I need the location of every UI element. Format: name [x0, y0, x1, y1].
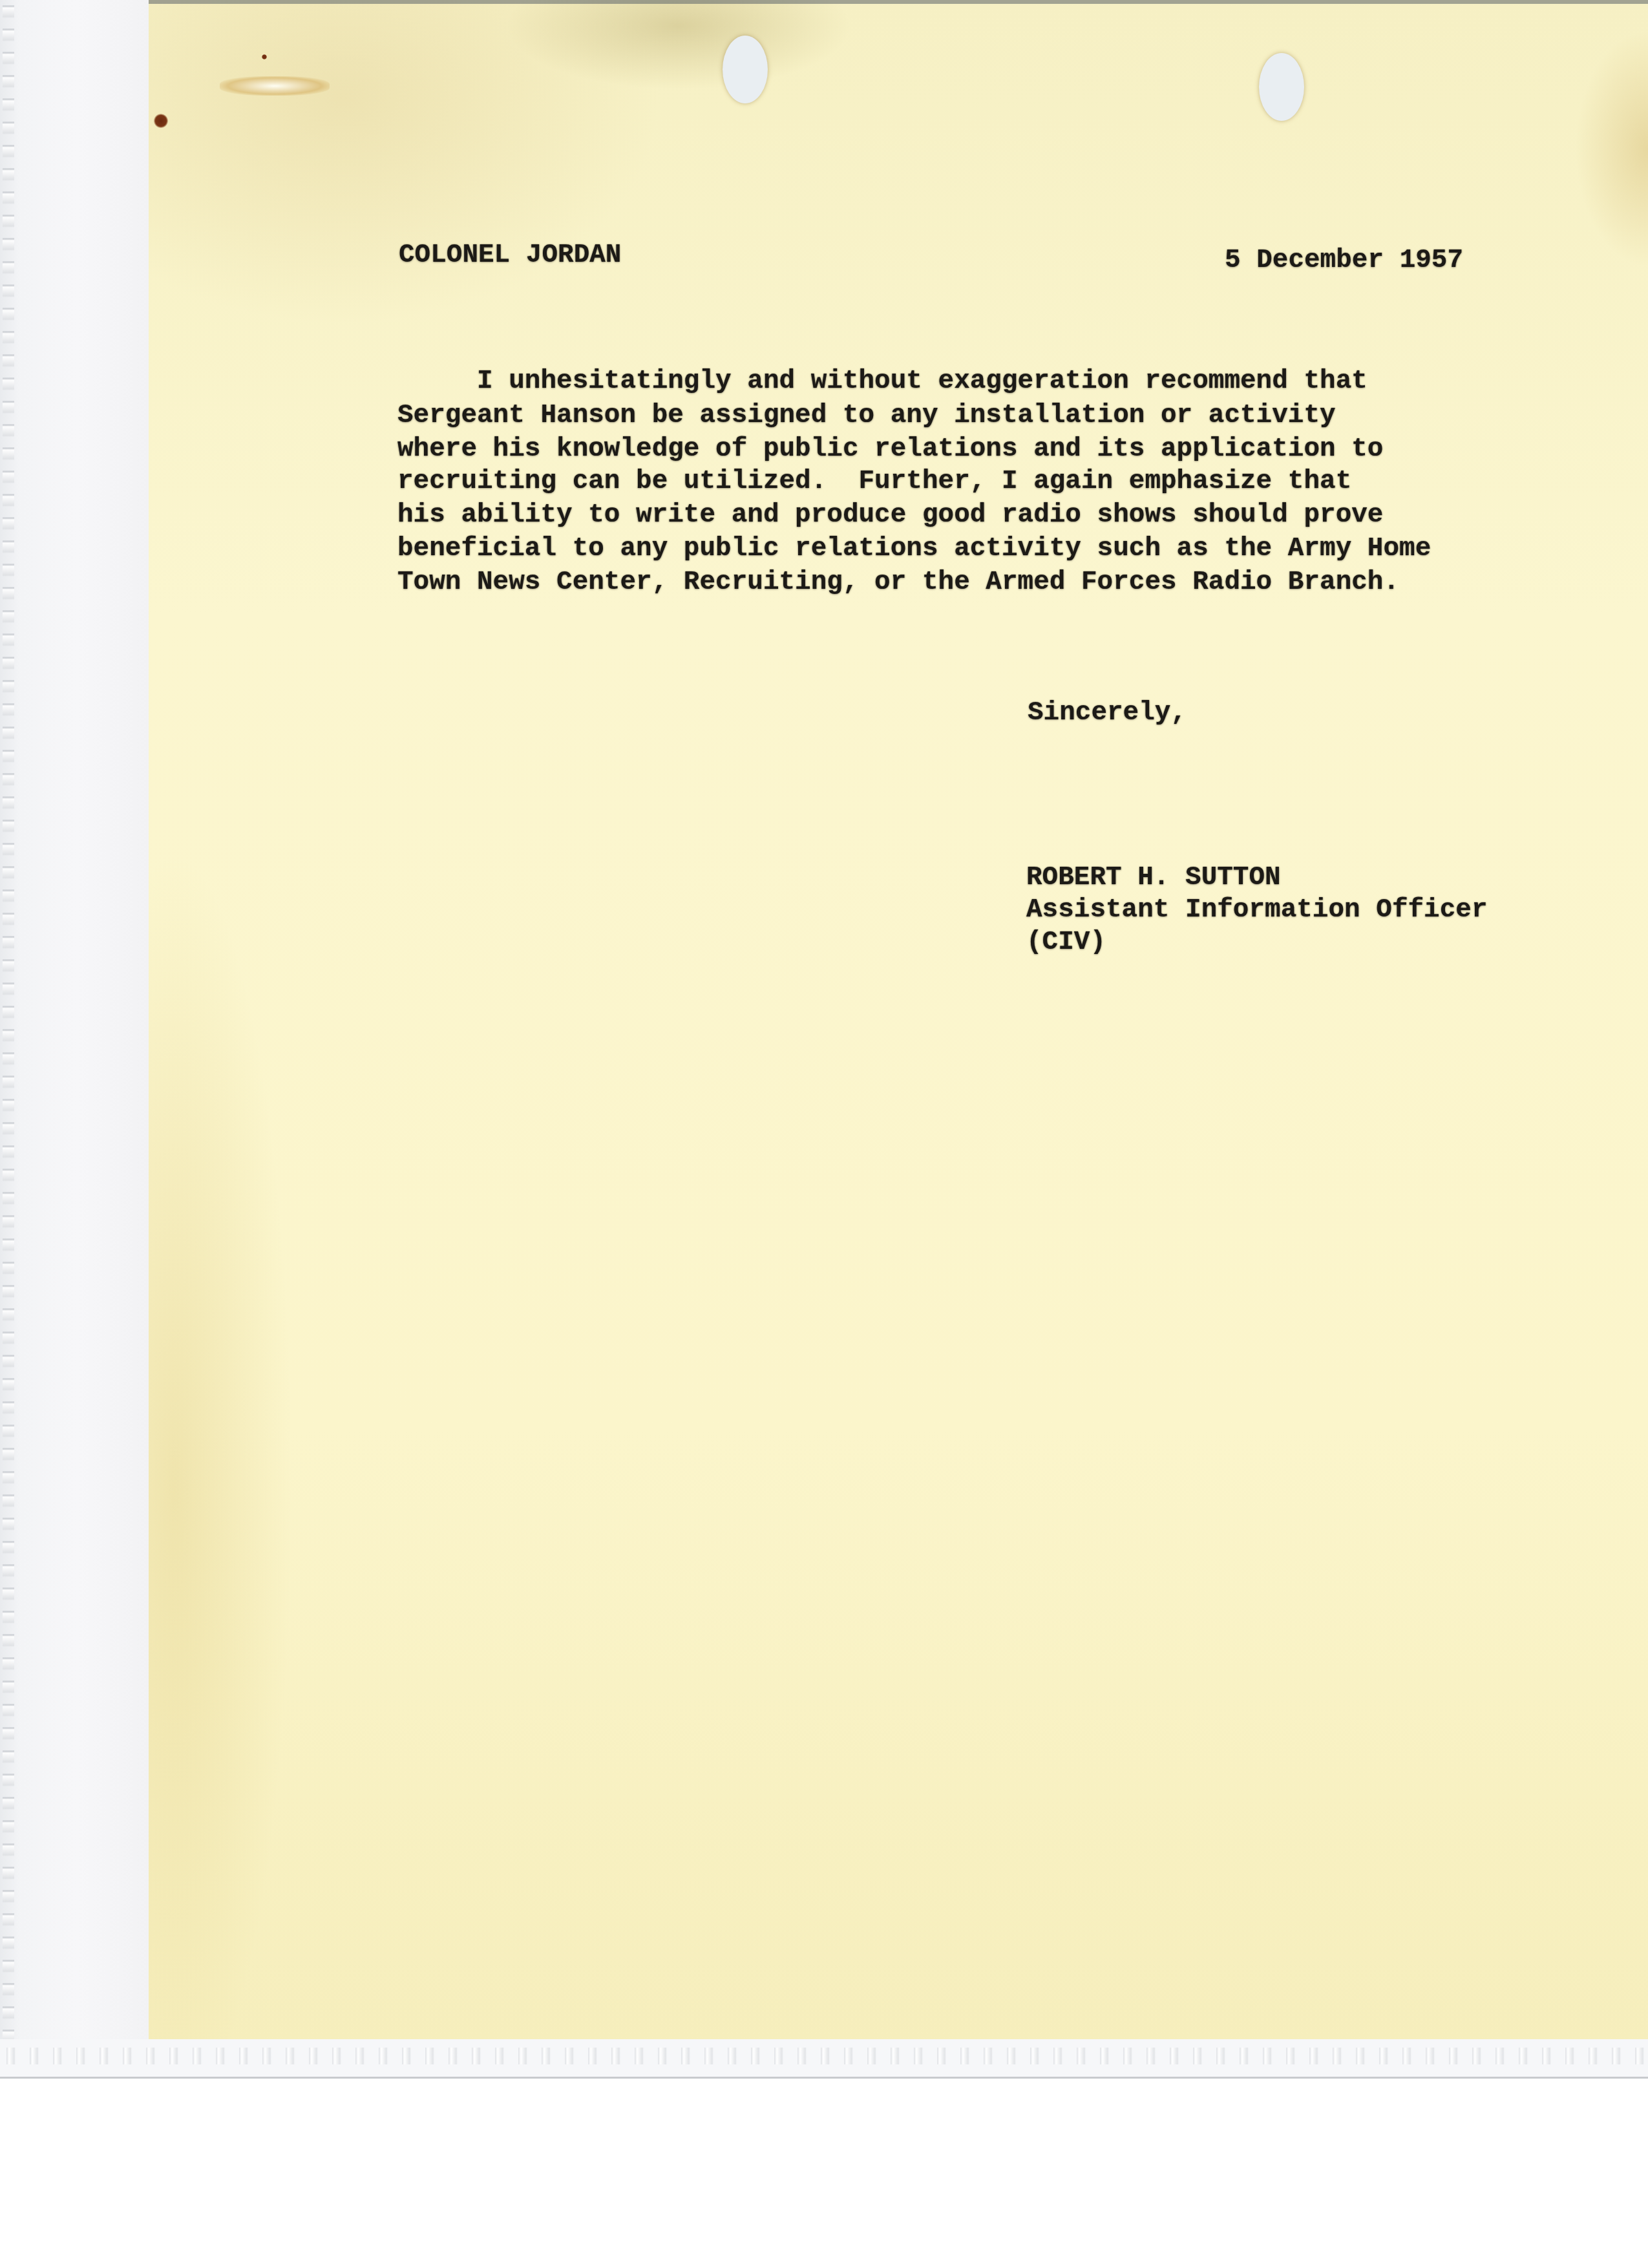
punch-hole-left — [723, 36, 768, 103]
page-top-edge — [149, 0, 1648, 4]
signer-title: Assistant Information Officer — [1026, 895, 1488, 925]
signer-name: ROBERT H. SUTTON — [1026, 863, 1281, 893]
scanner-sleeve — [0, 0, 150, 2078]
paper-tear — [220, 76, 330, 96]
body-line: beneficial to any public relations activ… — [397, 534, 1431, 564]
body-line: I unhesitatingly and without exaggeratio… — [397, 366, 1368, 396]
body-line: Sergeant Hanson be assigned to any insta… — [397, 401, 1336, 430]
punch-hole-right — [1259, 53, 1304, 121]
body-line: his ability to write and produce good ra… — [397, 500, 1383, 530]
letter-page — [149, 0, 1648, 2042]
body-line: where his knowledge of public relations … — [397, 434, 1383, 464]
rust-stain — [154, 114, 168, 128]
sleeve-perforation — [3, 0, 14, 2068]
ink-spot — [262, 54, 267, 59]
addressee: COLONEL JORDAN — [399, 240, 621, 270]
letter-date: 5 December 1957 — [1225, 246, 1463, 275]
sleeve-bottom-perforation — [0, 2048, 1648, 2064]
closing: Sincerely, — [1028, 698, 1187, 728]
body-line: recruiting can be utilized. Further, I a… — [397, 467, 1351, 496]
body-line: Town News Center, Recruiting, or the Arm… — [397, 567, 1399, 597]
signer-designation: (CIV) — [1026, 927, 1106, 957]
